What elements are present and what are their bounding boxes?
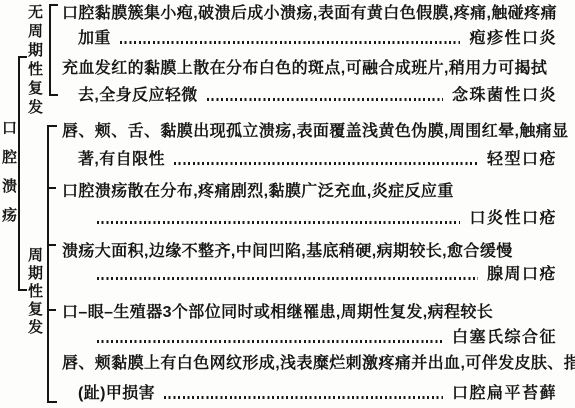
dotted-leader xyxy=(97,221,460,224)
dotted-leader xyxy=(97,277,478,280)
item-description: 唇、颊、舌、黏膜出现孤立溃疡,表面覆盖浅黄色伪膜,周围红晕,触痛显 xyxy=(62,121,569,142)
item-description: 口–眼–生殖器3个部位同时或相继罹患,周期性复发,病程较长 xyxy=(62,302,493,323)
dotted-leader xyxy=(120,41,461,44)
item-description: 充血发红的黏膜上散在分布白色的斑点,可融合成班片,稍用力可揭拭 xyxy=(62,58,547,79)
diagnosis-label: 念珠菌性口炎 xyxy=(452,85,557,106)
item-row: 唇、颊黏膜上有白色网纹形成,浅表糜烂刺激疼痛并出血,可伴发皮肤、指 xyxy=(62,353,557,374)
dotted-leader xyxy=(174,162,478,165)
item-row: 著,有自限性 轻型口疮 xyxy=(78,149,557,170)
branch-label-periodic: 周期性复发 xyxy=(27,247,42,337)
item-description: 口腔黏膜簇集小疱,破溃后成小溃疡,表面有黄白色假膜,疼痛,触碰疼痛 xyxy=(62,3,557,24)
branch2-bracket-tick xyxy=(47,244,56,246)
diagnosis-label: 疱疹性口炎 xyxy=(469,28,557,49)
branch2-bracket xyxy=(47,125,57,403)
item-row: 唇、颊、舌、黏膜出现孤立溃疡,表面覆盖浅黄色伪膜,周围红晕,触痛显 xyxy=(62,121,557,142)
item-description-cont: 去,全身反应轻微 xyxy=(78,85,198,106)
item-row: 口–眼–生殖器3个部位同时或相继罹患,周期性复发,病程较长 xyxy=(62,302,557,323)
diagnosis-label: 口炎性口疮 xyxy=(469,208,557,229)
item-row: 口炎性口疮 xyxy=(88,208,557,229)
item-description: 溃疡大面积,边缘不整齐,中间凹陷,基底稍硬,病期较长,愈合缓慢 xyxy=(62,241,513,262)
item-row: (趾)甲损害 口腔扁平苔藓 xyxy=(78,383,557,404)
branch2-bracket-tick xyxy=(47,309,56,311)
item-row: 加重 疱疹性口炎 xyxy=(78,28,557,49)
item-description: 唇、颊黏膜上有白色网纹形成,浅表糜烂刺激疼痛并出血,可伴发皮肤、指 xyxy=(62,353,575,374)
dotted-leader xyxy=(207,98,443,101)
item-row: 口腔黏膜簇集小疱,破溃后成小溃疡,表面有黄白色假膜,疼痛,触碰疼痛 xyxy=(62,3,557,24)
bracket-diagram: 口腔溃疡 无周期性复发 周期性复发 口腔黏膜簇集小疱,破溃后成小溃疡,表面有黄白… xyxy=(0,0,575,408)
diagnosis-label: 口腔扁平苔藓 xyxy=(452,383,557,404)
item-row: 溃疡大面积,边缘不整齐,中间凹陷,基底稍硬,病期较长,愈合缓慢 xyxy=(62,241,557,262)
item-row: 充血发红的黏膜上散在分布白色的斑点,可融合成班片,稍用力可揭拭 xyxy=(62,58,557,79)
item-description-cont: (趾)甲损害 xyxy=(78,383,155,404)
item-row: 去,全身反应轻微 念珠菌性口炎 xyxy=(78,85,557,106)
diagnosis-label: 腺周口疮 xyxy=(487,264,557,285)
item-row: 白塞氏综合征 xyxy=(88,327,557,348)
branch1-bracket xyxy=(49,4,58,96)
item-row: 口腔溃疡散在分布,疼痛剧烈,黏膜广泛充血,炎症反应重 xyxy=(62,181,557,202)
dotted-leader xyxy=(97,340,443,343)
item-description: 口腔溃疡散在分布,疼痛剧烈,黏膜广泛充血,炎症反应重 xyxy=(62,181,454,202)
item-description-cont: 加重 xyxy=(78,28,111,49)
dotted-leader xyxy=(164,396,443,399)
item-row: 腺周口疮 xyxy=(88,264,557,285)
branch-label-nonperiodic: 无周期性复发 xyxy=(27,4,42,118)
branch2-bracket-tick xyxy=(47,187,56,189)
diagnosis-label: 轻型口疮 xyxy=(487,149,557,170)
item-description-cont: 著,有自限性 xyxy=(78,149,165,170)
root-label: 口腔溃疡 xyxy=(1,120,16,236)
diagnosis-label: 白塞氏综合征 xyxy=(452,327,557,348)
